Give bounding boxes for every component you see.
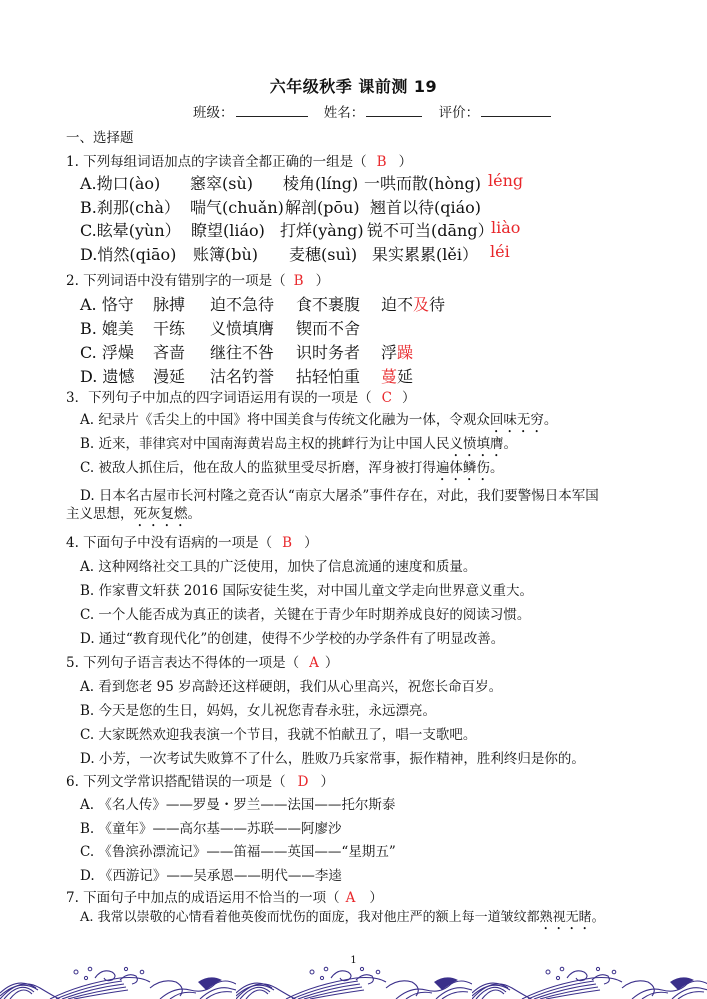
q2-b-2: 干练	[153, 316, 185, 339]
q2-a-4: 食不裹腹	[296, 292, 360, 315]
q6-option-b: B. 《童年》——高尔基——苏联——阿廖沙	[80, 817, 342, 837]
q1-a-3: 棱角(líng)	[283, 171, 358, 194]
question-5-stem: 5. 下列句子语言表达不得体的一项是（A）	[66, 651, 338, 671]
q5-option-b: B. 今天是您的生日，妈妈，女儿祝您青春永驻，永远漂亮。	[80, 699, 436, 719]
question-6-answer: D	[298, 774, 309, 790]
q6-option-a: A. 《名人传》——罗曼・罗兰——法国——托尔斯泰	[80, 793, 395, 813]
question-2-answer: B	[294, 273, 304, 289]
question-4-stem: 4. 下面句子中没有语病的一项是（B）	[66, 531, 318, 551]
q2-a-3: 迫不急待	[210, 292, 274, 315]
question-4-answer: B	[282, 535, 292, 551]
q2-d-correction: 蔓延	[381, 364, 413, 387]
q2-b-3: 义愤填膺	[210, 316, 274, 339]
q2-c-3: 继往不咎	[210, 340, 274, 363]
q2-d-2: 漫延	[153, 364, 185, 387]
q5-option-d: D. 小芳，一次考试失败算不了什么，胜败乃兵家常事，振作精神，胜利终归是你的。	[80, 747, 585, 767]
q6-option-d: D. 《西游记》——吴承恩——明代——李逵	[80, 864, 342, 884]
q5-option-a: A. 看到您老 95 岁高龄还这样硬朗，我们从心里高兴，祝您长命百岁。	[80, 675, 502, 695]
q2-c-correction: 浮躁	[381, 340, 413, 363]
q3-option-c: C. 被敌人抓住后，他在敌人的监狱里受尽折磨，浑身被打得遍体鳞伤。	[80, 456, 503, 484]
q2-d-1: D. 遗憾	[80, 364, 134, 387]
q4-option-c: C. 一个人能否成为真正的读者，关键在于青少年时期养成良好的阅读习惯。	[80, 603, 530, 623]
q1-b-2: 喘气(chuǎn)	[190, 195, 284, 218]
class-label: 班级：	[193, 105, 234, 121]
q4-option-d: D. 通过“教育现代化”的创建，使得不少学校的办学条件有了明显改善。	[80, 627, 504, 647]
q2-c-2: 吝啬	[153, 340, 185, 363]
eval-blank[interactable]	[481, 104, 551, 117]
q2-b-4: 锲而不舍	[296, 316, 360, 339]
student-info-line: 班级： 姓名： 评价：	[193, 101, 563, 121]
q1-b-3: 解剖(pōu)	[285, 195, 360, 218]
q3-option-d-cont: 主义思想，死灰复燃。	[66, 502, 201, 530]
q2-b-1: B. 媲美	[80, 316, 134, 339]
name-blank[interactable]	[366, 104, 422, 117]
q2-c-4: 识时务者	[296, 340, 360, 363]
q1-c-correction: liào	[491, 218, 520, 237]
q1-a-1: A.拗口(ào)	[80, 171, 160, 194]
q1-d-2: 账簿(bù)	[193, 242, 258, 265]
q1-a-2: 窸窣(sù)	[190, 171, 253, 194]
q2-a-1: A. 恪守	[80, 292, 134, 315]
question-5-answer: A	[309, 655, 319, 671]
eval-label: 评价：	[439, 105, 480, 121]
q4-option-a: A. 这种网络社交工具的广泛使用，加快了信息流通的速度和质量。	[80, 555, 476, 575]
q2-d-4: 拈轻怕重	[296, 364, 360, 387]
question-7-answer: A	[346, 890, 356, 906]
q2-a-2: 脉搏	[153, 292, 185, 315]
question-6-stem: 6. 下列文学常识搭配错误的一项是（D）	[66, 770, 334, 790]
question-1-stem: 1. 下列每组词语加点的字读音全都正确的一组是（B）	[66, 150, 412, 170]
class-blank[interactable]	[236, 104, 308, 117]
q1-c-1: C.眩晕(yùn）	[80, 218, 181, 241]
q1-c-4: 锐不可当(dāng）	[367, 218, 494, 241]
document-page: 六年级秋季 课前测 19 班级： 姓名： 评价： 一、选择题 1. 下列每组词语…	[0, 0, 707, 999]
q1-d-1: D.悄然(qiāo)	[80, 242, 176, 265]
question-7-stem: 7. 下面句子中加点的成语运用不恰当的一项（A）	[66, 886, 383, 906]
q1-c-3: 打烊(yàng)	[280, 218, 364, 241]
wave-border-decoration	[0, 966, 707, 999]
q1-b-4: 翘首以待(qiáo)	[370, 195, 481, 218]
q1-d-3: 麦穗(suì)	[289, 242, 357, 265]
q1-a-4: 一哄而散(hòng)	[364, 171, 481, 194]
q1-d-4: 果实累累(lěi）	[372, 242, 478, 265]
question-3-answer: C	[382, 390, 392, 406]
q1-b-1: B.刹那(chà）	[80, 195, 180, 218]
q3-option-d: D. 日本名古屋市长河村隆之竟否认“南京大屠杀”事件存在，对此，我们要警惕日本军…	[80, 484, 599, 504]
question-1-answer: B	[377, 154, 387, 170]
section-heading: 一、选择题	[66, 126, 134, 146]
q1-a-correction: léng	[488, 171, 523, 190]
q7-option-a: A. 我常以崇敬的心情看着他英俊而忧伤的面庞，我对他庄严的额上每一道皱纹都熟视无…	[80, 906, 605, 933]
question-2-stem: 2. 下列词语中没有错别字的一项是（B）	[66, 269, 329, 289]
q2-a-correction: 迫不及待	[381, 292, 445, 315]
q1-c-2: 瞭望(liáo)	[191, 218, 265, 241]
q4-option-b: B. 作家曹文轩获 2016 国际安徒生奖，对中国儿童文学走向世界意义重大。	[80, 579, 533, 599]
name-label: 姓名：	[324, 105, 365, 121]
q6-option-c: C. 《鲁滨孙漂流记》——笛福——英国——“星期五”	[80, 840, 396, 860]
q2-c-1: C. 浮燥	[80, 340, 134, 363]
q5-option-c: C. 大家既然欢迎我表演一个节目，我就不怕献丑了，唱一支歌吧。	[80, 723, 476, 743]
q2-d-3: 沽名钓誉	[210, 364, 274, 387]
question-3-stem: 3．下列句子中加点的四字词语运用有误的一项是（C）	[66, 386, 415, 406]
page-title: 六年级秋季 课前测 19	[0, 74, 707, 97]
q1-d-correction: léi	[490, 242, 510, 261]
page-number: 1	[0, 955, 707, 966]
